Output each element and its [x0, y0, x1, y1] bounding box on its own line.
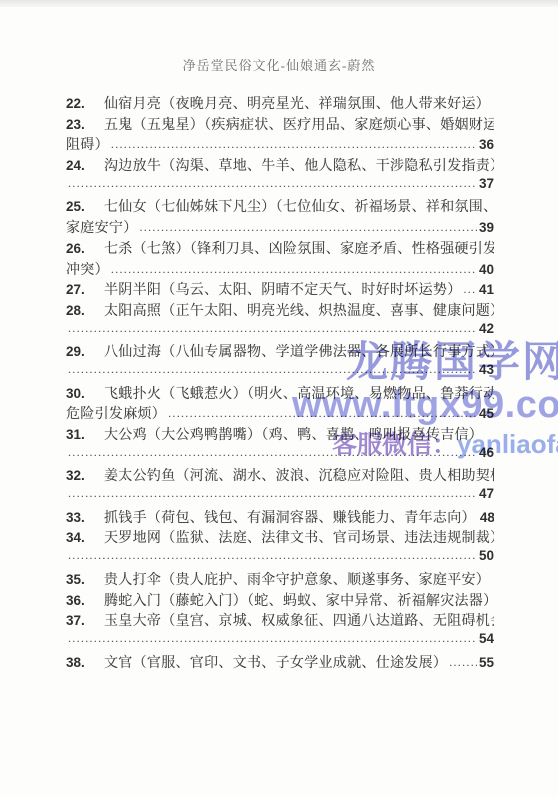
toc-row: 冲突）.....................................… [66, 259, 494, 280]
toc-entry-number: 31. [66, 427, 104, 442]
page-number: 54 [479, 631, 494, 646]
page-number: 42 [479, 321, 494, 336]
toc-entry-text: 沟边放牛（沟渠、草地、牛羊、他人隐私、干涉隐私引发指责） [104, 155, 494, 175]
toc-row: 35.贵人打伞（贵人庇护、雨伞守护意象、顺遂事务、家庭平安）51 [66, 569, 494, 590]
toc-entry-text: 天罗地网（监狱、法庭、法律文书、官司场景、违法违规制裁） [104, 527, 494, 547]
toc-entry-number: 32. [66, 468, 104, 483]
toc-row: ........................................… [66, 321, 494, 342]
toc-entry-text: 八仙过海（八仙专属器物、学道学佛法器、各展所长行事方式） [104, 341, 494, 361]
toc-entry-text: 危险引发麻烦） [66, 403, 166, 423]
toc-entry-number: 30. [66, 386, 104, 401]
toc-row: ........................................… [66, 486, 494, 507]
dot-leader: ........................................… [68, 445, 477, 460]
dot-leader: ........................................… [168, 406, 477, 421]
toc-entry-text: 贵人打伞（贵人庇护、雨伞守护意象、顺遂事务、家庭平安） [104, 569, 490, 589]
toc-entry-text: 仙宿月亮（夜晚月亮、明亮星光、祥瑞氛围、他人带来好运） [104, 93, 490, 113]
toc-entry-text: 玉皇大帝（皇宫、京城、权威象征、四通八达道路、无阻碍机会） [104, 610, 494, 630]
page-number: 46 [479, 445, 494, 460]
dot-leader: ........................................… [140, 220, 477, 235]
dot-leader: ........................................… [68, 362, 477, 377]
dot-leader: ........................................… [68, 486, 477, 501]
toc-row: 24.沟边放牛（沟渠、草地、牛羊、他人隐私、干涉隐私引发指责） [66, 155, 494, 176]
toc-entry-number: 27. [66, 282, 104, 297]
toc-entry-number: 25. [66, 199, 104, 214]
page-header-title: 净岳堂民俗文化-仙娘通玄-蔚然 [0, 55, 558, 74]
toc-row: 27.半阴半阳（乌云、太阳、阴晴不定天气、时好时坏运势）............… [66, 279, 494, 300]
toc-row: 32.姜太公钓鱼（河流、湖水、波浪、沉稳应对险阻、贵人相助契机） [66, 465, 494, 486]
toc-row: 38.文官（官服、官印、文书、子女学业成就、仕途发展）.............… [66, 652, 494, 673]
toc-entry-text: 半阴半阳（乌云、太阳、阴晴不定天气、时好时坏运势） [104, 279, 462, 299]
page-number: 39 [479, 220, 494, 235]
toc-row: 37.玉皇大帝（皇宫、京城、权威象征、四通八达道路、无阻碍机会） [66, 610, 494, 631]
toc-entry-text: 文官（官服、官印、文书、子女学业成就、仕途发展） [104, 652, 447, 672]
toc-entry-text: 腾蛇入门（藤蛇入门）（蛇、蚂蚁、家中异常、祈福解灾法器） [104, 590, 494, 610]
toc-row: 26.七杀（七煞）（锋利刀具、凶险氛围、家庭矛盾、性格强硬引发 [66, 238, 494, 259]
toc-entry-text: 阻碍） [66, 134, 109, 154]
toc-entry-text: 大公鸡（大公鸡鸭鹊嘴）（鸡、鸭、喜鹊、鸣叫报喜传吉信） [104, 424, 483, 444]
page-number: 50 [479, 548, 494, 563]
toc-row: 30.飞蛾扑火（飞蛾惹火）（明火、高温环境、易燃物品、鲁莽行动 [66, 383, 494, 404]
toc-entry-number: 23. [66, 117, 104, 132]
toc-row: 23.五鬼（五鬼星）（疾病症状、医疗用品、家庭烦心事、婚姻财运 [66, 114, 494, 135]
page-number: 43 [479, 362, 494, 377]
toc-entry-text: 五鬼（五鬼星）（疾病症状、医疗用品、家庭烦心事、婚姻财运 [104, 114, 494, 134]
page-number: 41 [479, 282, 494, 297]
toc-entry-text: 七杀（七煞）（锋利刀具、凶险氛围、家庭矛盾、性格强硬引发 [104, 238, 494, 258]
dot-leader: ........................................… [68, 321, 477, 336]
dot-leader: ........................................… [68, 548, 477, 563]
table-of-contents: 22.仙宿月亮（夜晚月亮、明亮星光、祥瑞氛围、他人带来好运）3523.五鬼（五鬼… [66, 93, 494, 672]
toc-entry-number: 34. [66, 530, 104, 545]
page-number: 36 [479, 137, 494, 152]
toc-entry-number: 29. [66, 344, 104, 359]
toc-row: ........................................… [66, 362, 494, 383]
dot-leader: ........................................… [449, 655, 477, 670]
toc-row: 家庭安宁）...................................… [66, 217, 494, 238]
toc-row: 33.抓钱手（荷包、钱包、有漏洞容器、赚钱能力、青年志向）...........… [66, 507, 494, 528]
dot-leader: ........................................… [68, 631, 477, 646]
toc-row: ........................................… [66, 445, 494, 466]
toc-row: ........................................… [66, 631, 494, 652]
scan-edge-shadow [0, 0, 558, 7]
toc-entry-number: 22. [66, 96, 104, 111]
toc-row: 28.太阳高照（正午太阳、明亮光线、炽热温度、喜事、健康问题） [66, 300, 494, 321]
toc-entry-number: 38. [66, 655, 104, 670]
page-number: 47 [479, 486, 494, 501]
toc-row: ........................................… [66, 548, 494, 569]
toc-entry-number: 36. [66, 593, 104, 608]
toc-row: 22.仙宿月亮（夜晚月亮、明亮星光、祥瑞氛围、他人带来好运）35 [66, 93, 494, 114]
page-number: 37 [479, 176, 494, 191]
toc-row: 36.腾蛇入门（藤蛇入门）（蛇、蚂蚁、家中异常、祈福解灾法器）52 [66, 590, 494, 611]
toc-entry-text: 七仙女（七仙姊妹下凡尘）（七位仙女、祈福场景、祥和氛围、 [104, 196, 494, 216]
toc-entry-text: 飞蛾扑火（飞蛾惹火）（明火、高温环境、易燃物品、鲁莽行动 [104, 383, 494, 403]
toc-row: 29.八仙过海（八仙专属器物、学道学佛法器、各展所长行事方式） [66, 341, 494, 362]
dot-leader: ........................................… [68, 176, 477, 191]
toc-row: ........................................… [66, 176, 494, 197]
page-number: 40 [479, 262, 494, 277]
toc-entry-text: 姜太公钓鱼（河流、湖水、波浪、沉稳应对险阻、贵人相助契机） [104, 465, 494, 485]
dot-leader: ........................................… [464, 282, 477, 297]
toc-entry-number: 24. [66, 158, 104, 173]
toc-row: 34.天罗地网（监狱、法庭、法律文书、官司场景、违法违规制裁） [66, 527, 494, 548]
toc-entry-text: 家庭安宁） [66, 217, 138, 237]
toc-entry-text: 冲突） [66, 259, 109, 279]
toc-entry-text: 太阳高照（正午太阳、明亮光线、炽热温度、喜事、健康问题） [104, 300, 494, 320]
dot-leader: ........................................… [111, 262, 477, 277]
toc-entry-number: 26. [66, 241, 104, 256]
dot-leader: ........................................… [111, 137, 477, 152]
toc-entry-text: 抓钱手（荷包、钱包、有漏洞容器、赚钱能力、青年志向） [104, 507, 476, 527]
toc-entry-number: 33. [66, 510, 104, 525]
toc-row: 31.大公鸡（大公鸡鸭鹊嘴）（鸡、鸭、喜鹊、鸣叫报喜传吉信） [66, 424, 494, 445]
toc-entry-number: 28. [66, 303, 104, 318]
toc-row: 25.七仙女（七仙姊妹下凡尘）（七位仙女、祈福场景、祥和氛围、 [66, 196, 494, 217]
page-number: 45 [479, 406, 494, 421]
page-number: 55 [479, 655, 494, 670]
toc-row: 危险引发麻烦）.................................… [66, 403, 494, 424]
toc-row: 阻碍）.....................................… [66, 134, 494, 155]
toc-entry-number: 35. [66, 572, 104, 587]
toc-entry-number: 37. [66, 613, 104, 628]
page-number: 48 [480, 510, 494, 525]
